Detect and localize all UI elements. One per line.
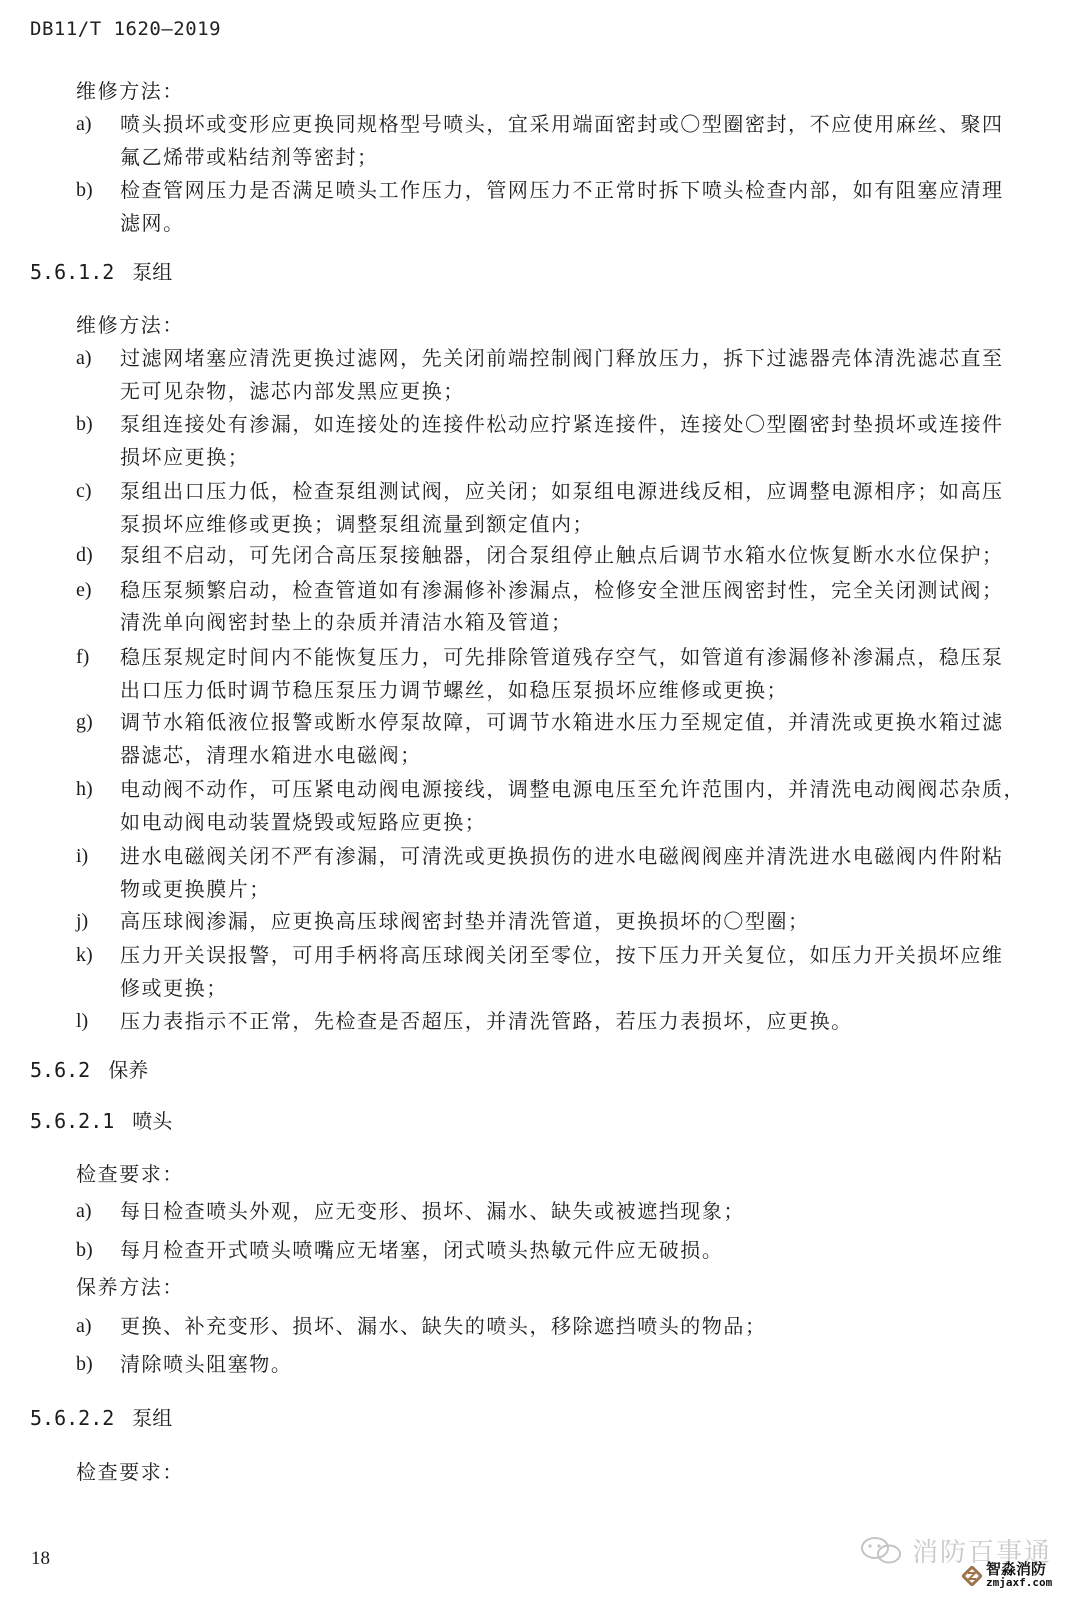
list-marker: l)	[76, 1007, 88, 1035]
list-item-line: 进水电磁阀关闭不严有渗漏，可清洗或更换损伤的进水电磁阀阀座并清洗进水电磁阀内件附…	[120, 842, 1004, 870]
list-item-line: 更换、补充变形、损坏、漏水、缺失的喷头，移除遮挡喷头的物品；	[120, 1312, 767, 1340]
list-item-line: 过滤网堵塞应清洗更换过滤网，先关闭前端控制阀门释放压力，拆下过滤器壳体清洗滤芯直…	[120, 344, 1004, 372]
list-marker: e)	[76, 576, 92, 604]
label-inspection-requirements: 检查要求：	[76, 1160, 184, 1188]
list-item-line: 稳压泵规定时间内不能恢复压力，可先排除管道残存空气，如管道有渗漏修补渗漏点，稳压…	[120, 643, 1004, 671]
label-repair-method: 维修方法：	[76, 77, 184, 105]
section-number: 5.6.1.2	[30, 260, 114, 284]
section-number: 5.6.2.2	[30, 1406, 114, 1430]
section-title: 保养	[108, 1058, 148, 1082]
list-marker: g)	[76, 708, 93, 736]
section-title: 泵组	[132, 260, 172, 284]
list-marker: h)	[76, 775, 93, 803]
logo-url: zmjaxf.com	[986, 1576, 1052, 1590]
site-logo: 智淼消防 zmjaxf.com	[962, 1562, 1052, 1590]
list-item-line: 泵组不启动，可先闭合高压泵接触器，闭合泵组停止触点后调节水箱水位恢复断水水位保护…	[120, 541, 1004, 569]
list-item-line: 电动阀不动作，可压紧电动阀电源接线，调整电源电压至允许范围内，并清洗电动阀阀芯杂…	[120, 775, 1025, 803]
list-item-line: 修或更换；	[120, 974, 228, 1002]
list-item-line: 损坏应更换；	[120, 443, 249, 471]
list-item-line: 每月检查开式喷头喷嘴应无堵塞，闭式喷头热敏元件应无破损。	[120, 1236, 723, 1264]
list-marker: a)	[76, 110, 92, 138]
list-marker: a)	[76, 1312, 92, 1340]
list-item-line: 压力表指示不正常，先检查是否超压，并清洗管路，若压力表损坏，应更换。	[120, 1007, 853, 1035]
section-title: 喷头	[132, 1109, 172, 1133]
label-repair-method: 维修方法：	[76, 311, 184, 339]
list-marker: b)	[76, 410, 93, 438]
page-number: 18	[31, 1548, 50, 1570]
list-item-line: 稳压泵频繁启动，检查管道如有渗漏修补渗漏点，检修安全泄压阀密封性，完全关闭测试阀…	[120, 576, 1004, 604]
list-marker: d)	[76, 541, 93, 569]
list-item-line: 物或更换膜片；	[120, 875, 271, 903]
list-item-line: 高压球阀渗漏，应更换高压球阀密封垫并清洗管道，更换损坏的〇型圈；	[120, 907, 810, 935]
section-heading-5-6-1-2: 5.6.1.2泵组	[30, 258, 172, 286]
list-marker: a)	[76, 1197, 92, 1225]
logo-mark-icon	[962, 1566, 982, 1586]
section-number: 5.6.2	[30, 1058, 90, 1082]
list-marker: j)	[76, 907, 88, 935]
list-marker: b)	[76, 1236, 93, 1264]
logo-name: 智淼消防	[986, 1562, 1052, 1576]
section-heading-5-6-2-2: 5.6.2.2泵组	[30, 1404, 172, 1432]
standard-code-header: DB11/T 1620—2019	[30, 18, 221, 40]
section-heading-5-6-2: 5.6.2保养	[30, 1056, 148, 1084]
list-marker: b)	[76, 1350, 93, 1378]
list-item-line: 压力开关误报警，可用手柄将高压球阀关闭至零位，按下压力开关复位，如压力开关损坏应…	[120, 941, 1004, 969]
list-item-line: 清除喷头阻塞物。	[120, 1350, 292, 1378]
list-marker: a)	[76, 344, 92, 372]
list-marker: c)	[76, 477, 92, 505]
section-heading-5-6-2-1: 5.6.2.1喷头	[30, 1107, 172, 1135]
list-item-line: 检查管网压力是否满足喷头工作压力，管网压力不正常时拆下喷头检查内部，如有阻塞应清…	[120, 176, 1004, 204]
list-item-line: 泵损坏应维修或更换；调整泵组流量到额定值内；	[120, 510, 594, 538]
list-marker: i)	[76, 842, 88, 870]
list-item-line: 出口压力低时调节稳压泵压力调节螺丝，如稳压泵损坏应维修或更换；	[120, 676, 788, 704]
section-number: 5.6.2.1	[30, 1109, 114, 1133]
list-item-line: 如电动阀电动装置烧毁或短路应更换；	[120, 808, 486, 836]
list-item-line: 清洗单向阀密封垫上的杂质并清洁水箱及管道；	[120, 608, 573, 636]
list-item-line: 每日检查喷头外观，应无变形、损坏、漏水、缺失或被遮挡现象；	[120, 1197, 745, 1225]
label-inspection-requirements: 检查要求：	[76, 1458, 184, 1486]
wechat-icon	[860, 1536, 904, 1566]
list-marker: f)	[76, 643, 89, 671]
list-item-line: 泵组出口压力低，检查泵组测试阀，应关闭；如泵组电源进线反相，应调整电源相序；如高…	[120, 477, 1004, 505]
section-title: 泵组	[132, 1406, 172, 1430]
list-item-line: 氟乙烯带或粘结剂等密封；	[120, 143, 379, 171]
list-item-line: 器滤芯，清理水箱进水电磁阀；	[120, 741, 422, 769]
label-maintenance-method: 保养方法：	[76, 1273, 184, 1301]
list-marker: b)	[76, 176, 93, 204]
list-item-line: 滤网。	[120, 209, 185, 237]
list-item-line: 泵组连接处有渗漏，如连接处的连接件松动应拧紧连接件，连接处〇型圈密封垫损坏或连接…	[120, 410, 1004, 438]
list-item-line: 调节水箱低液位报警或断水停泵故障，可调节水箱进水压力至规定值，并清洗或更换水箱过…	[120, 708, 1004, 736]
list-marker: k)	[76, 941, 93, 969]
list-item-line: 无可见杂物，滤芯内部发黑应更换；	[120, 377, 465, 405]
list-item-line: 喷头损坏或变形应更换同规格型号喷头，宜采用端面密封或〇型圈密封，不应使用麻丝、聚…	[120, 110, 1004, 138]
